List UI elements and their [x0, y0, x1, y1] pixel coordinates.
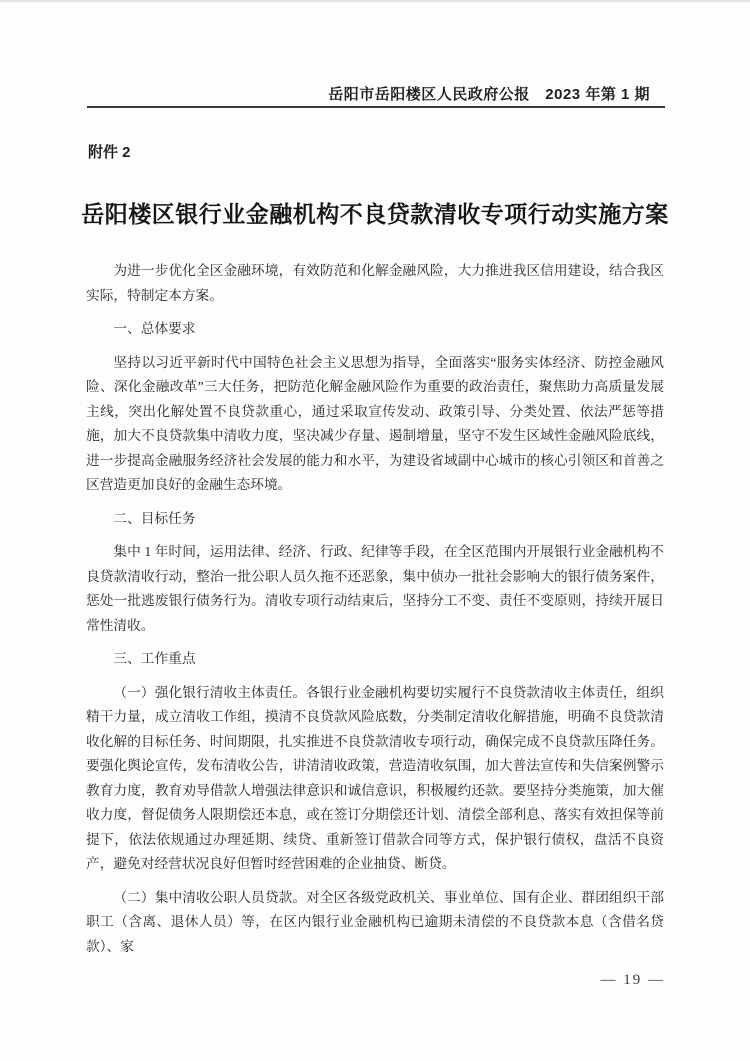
page-top-edge	[0, 0, 750, 2]
paragraph-section-1: 坚持以习近平新时代中国特色社会主义思想为指导，全面落实“服务实体经济、防控金融风…	[86, 351, 664, 498]
paragraph-section-2: 集中 1 年时间，运用法律、经济、行政、纪律等手段，在全区范围内开展银行业金融机…	[86, 540, 664, 638]
gazette-header: 岳阳市岳阳楼区人民政府公报 2023 年第 1 期	[328, 83, 650, 104]
paragraph-item-1: （一）强化银行清收主体责任。各银行业金融机构要切实履行不良贷款清收主体责任，组织…	[86, 681, 664, 877]
document-page: 岳阳市岳阳楼区人民政府公报 2023 年第 1 期 附件 2 岳阳楼区银行业金融…	[0, 0, 750, 1061]
page-number: — 19 —	[601, 972, 666, 989]
paragraph-intro: 为进一步优化全区金融环境，有效防范和化解金融风险，大力推进我区信用建设，结合我区…	[86, 259, 664, 308]
document-body: 为进一步优化全区金融环境，有效防范和化解金融风险，大力推进我区信用建设，结合我区…	[86, 259, 664, 968]
section-heading-3: 三、工作重点	[86, 647, 664, 672]
attachment-label: 附件 2	[88, 141, 131, 162]
document-title: 岳阳楼区银行业金融机构不良贷款清收专项行动实施方案	[45, 196, 705, 229]
paragraph-item-2: （二）集中清收公职人员贷款。对全区各级党政机关、事业单位、国有企业、群团组织干部…	[86, 886, 664, 960]
section-heading-1: 一、总体要求	[86, 317, 664, 342]
header-rule	[87, 106, 665, 108]
section-heading-2: 二、目标任务	[86, 507, 664, 532]
